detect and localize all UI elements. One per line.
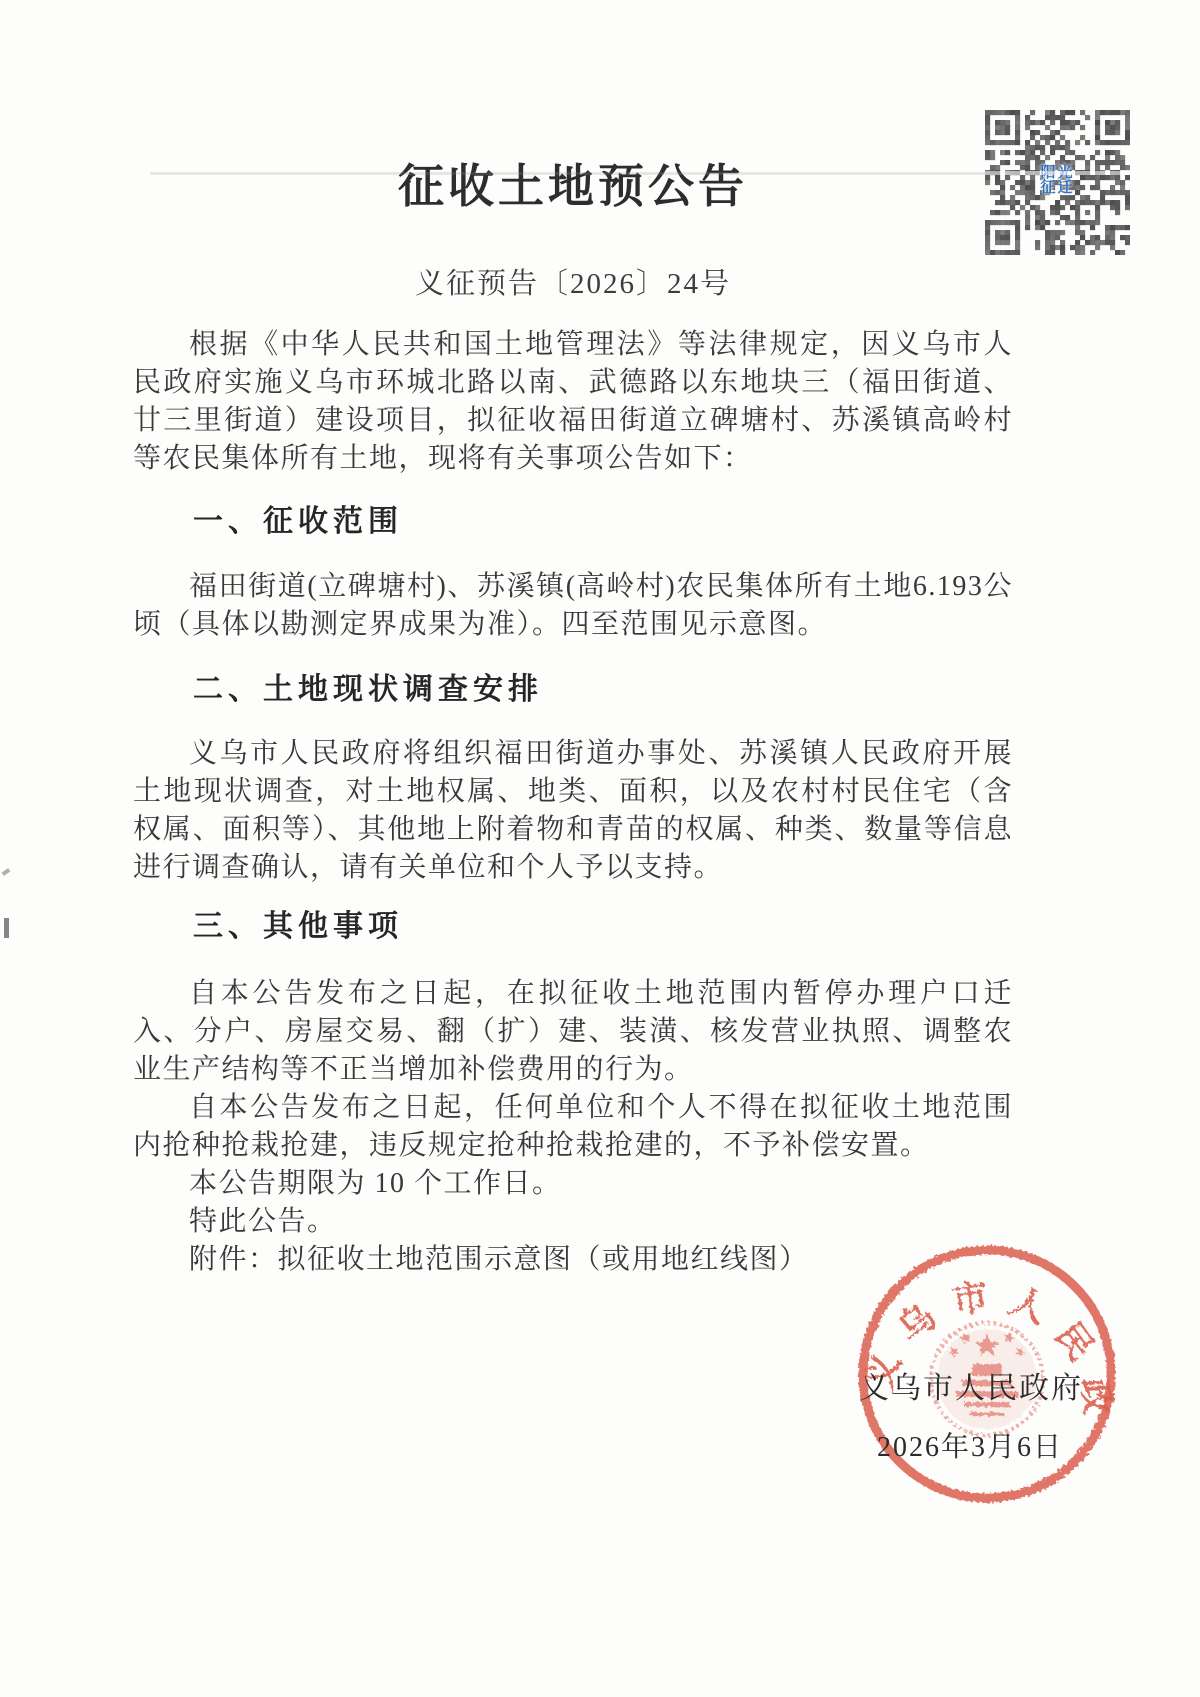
scan-edge-artifact <box>2 868 11 876</box>
section-heading-3: 三、其他事项 <box>133 908 1013 946</box>
scanner-streak <box>150 172 985 175</box>
scan-edge-artifact <box>4 918 9 938</box>
section-1-paragraph: 福田街道(立碑塘村)、苏溪镇(高岭村)农民集体所有土地6.193公顷（具体以勘测… <box>133 568 1013 644</box>
intro-paragraph: 根据《中华人民共和国土地管理法》等法律规定，因义乌市人民政府实施义乌市环城北路以… <box>133 326 1013 478</box>
section-3-paragraph-1: 自本公告发布之日起，在拟征收土地范围内暂停办理户口迁入、分户、房屋交易、翻（扩）… <box>133 975 1013 1089</box>
document-body: 征收土地预公告 义征预告〔2026〕24号 根据《中华人民共和国土地管理法》等法… <box>133 0 1013 1279</box>
section-heading-2: 二、土地现状调查安排 <box>133 671 1013 709</box>
signature-date: 2026年3月6日 <box>877 1425 1063 1465</box>
document-number: 义征预告〔2026〕24号 <box>133 266 1013 302</box>
qr-label-line2: 征迁 <box>985 180 1130 195</box>
section-2-paragraph: 义乌市人民政府将组织福田街道办事处、苏溪镇人民政府开展土地现状调查，对土地权属、… <box>133 735 1013 887</box>
notice-period-line: 本公告期限为 10 个工作日。 <box>133 1165 1013 1203</box>
section-heading-1: 一、征收范围 <box>133 503 1013 541</box>
qr-center-label: 阳光 征迁 <box>985 165 1130 195</box>
signature-issuer: 义乌市人民政府 <box>859 1363 1083 1407</box>
section-3-paragraph-2: 自本公告发布之日起，任何单位和个人不得在拟征收土地范围内抢种抢栽抢建，违反规定抢… <box>133 1089 1013 1165</box>
scanner-streak-over-qr <box>985 171 1135 175</box>
document-title: 征收土地预公告 <box>133 160 1013 212</box>
scanned-document-page: 阳光 征迁 征收土地预公告 义征预告〔2026〕24号 根据《中华人民共和国土地… <box>0 0 1200 1697</box>
